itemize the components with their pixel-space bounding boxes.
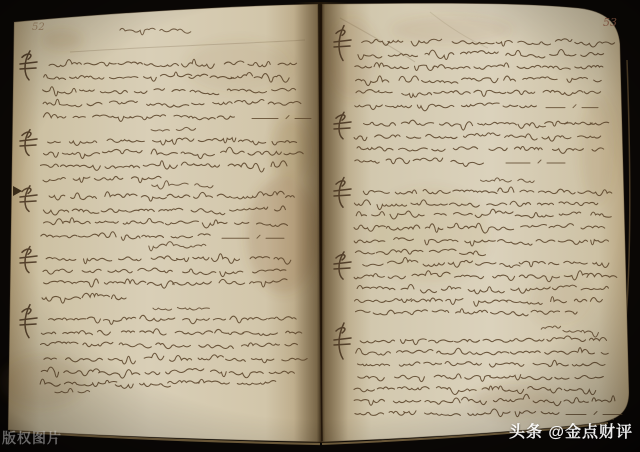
photo-vignette xyxy=(0,0,640,452)
manuscript-photo: 52 53 xyxy=(0,0,640,452)
photo-stage: 52 53 版权图片 头条 @金点财评 xyxy=(0,0,640,452)
copyright-watermark: 版权图片 xyxy=(2,428,62,448)
publisher-logo: 头条 @金点财评 xyxy=(509,419,633,442)
